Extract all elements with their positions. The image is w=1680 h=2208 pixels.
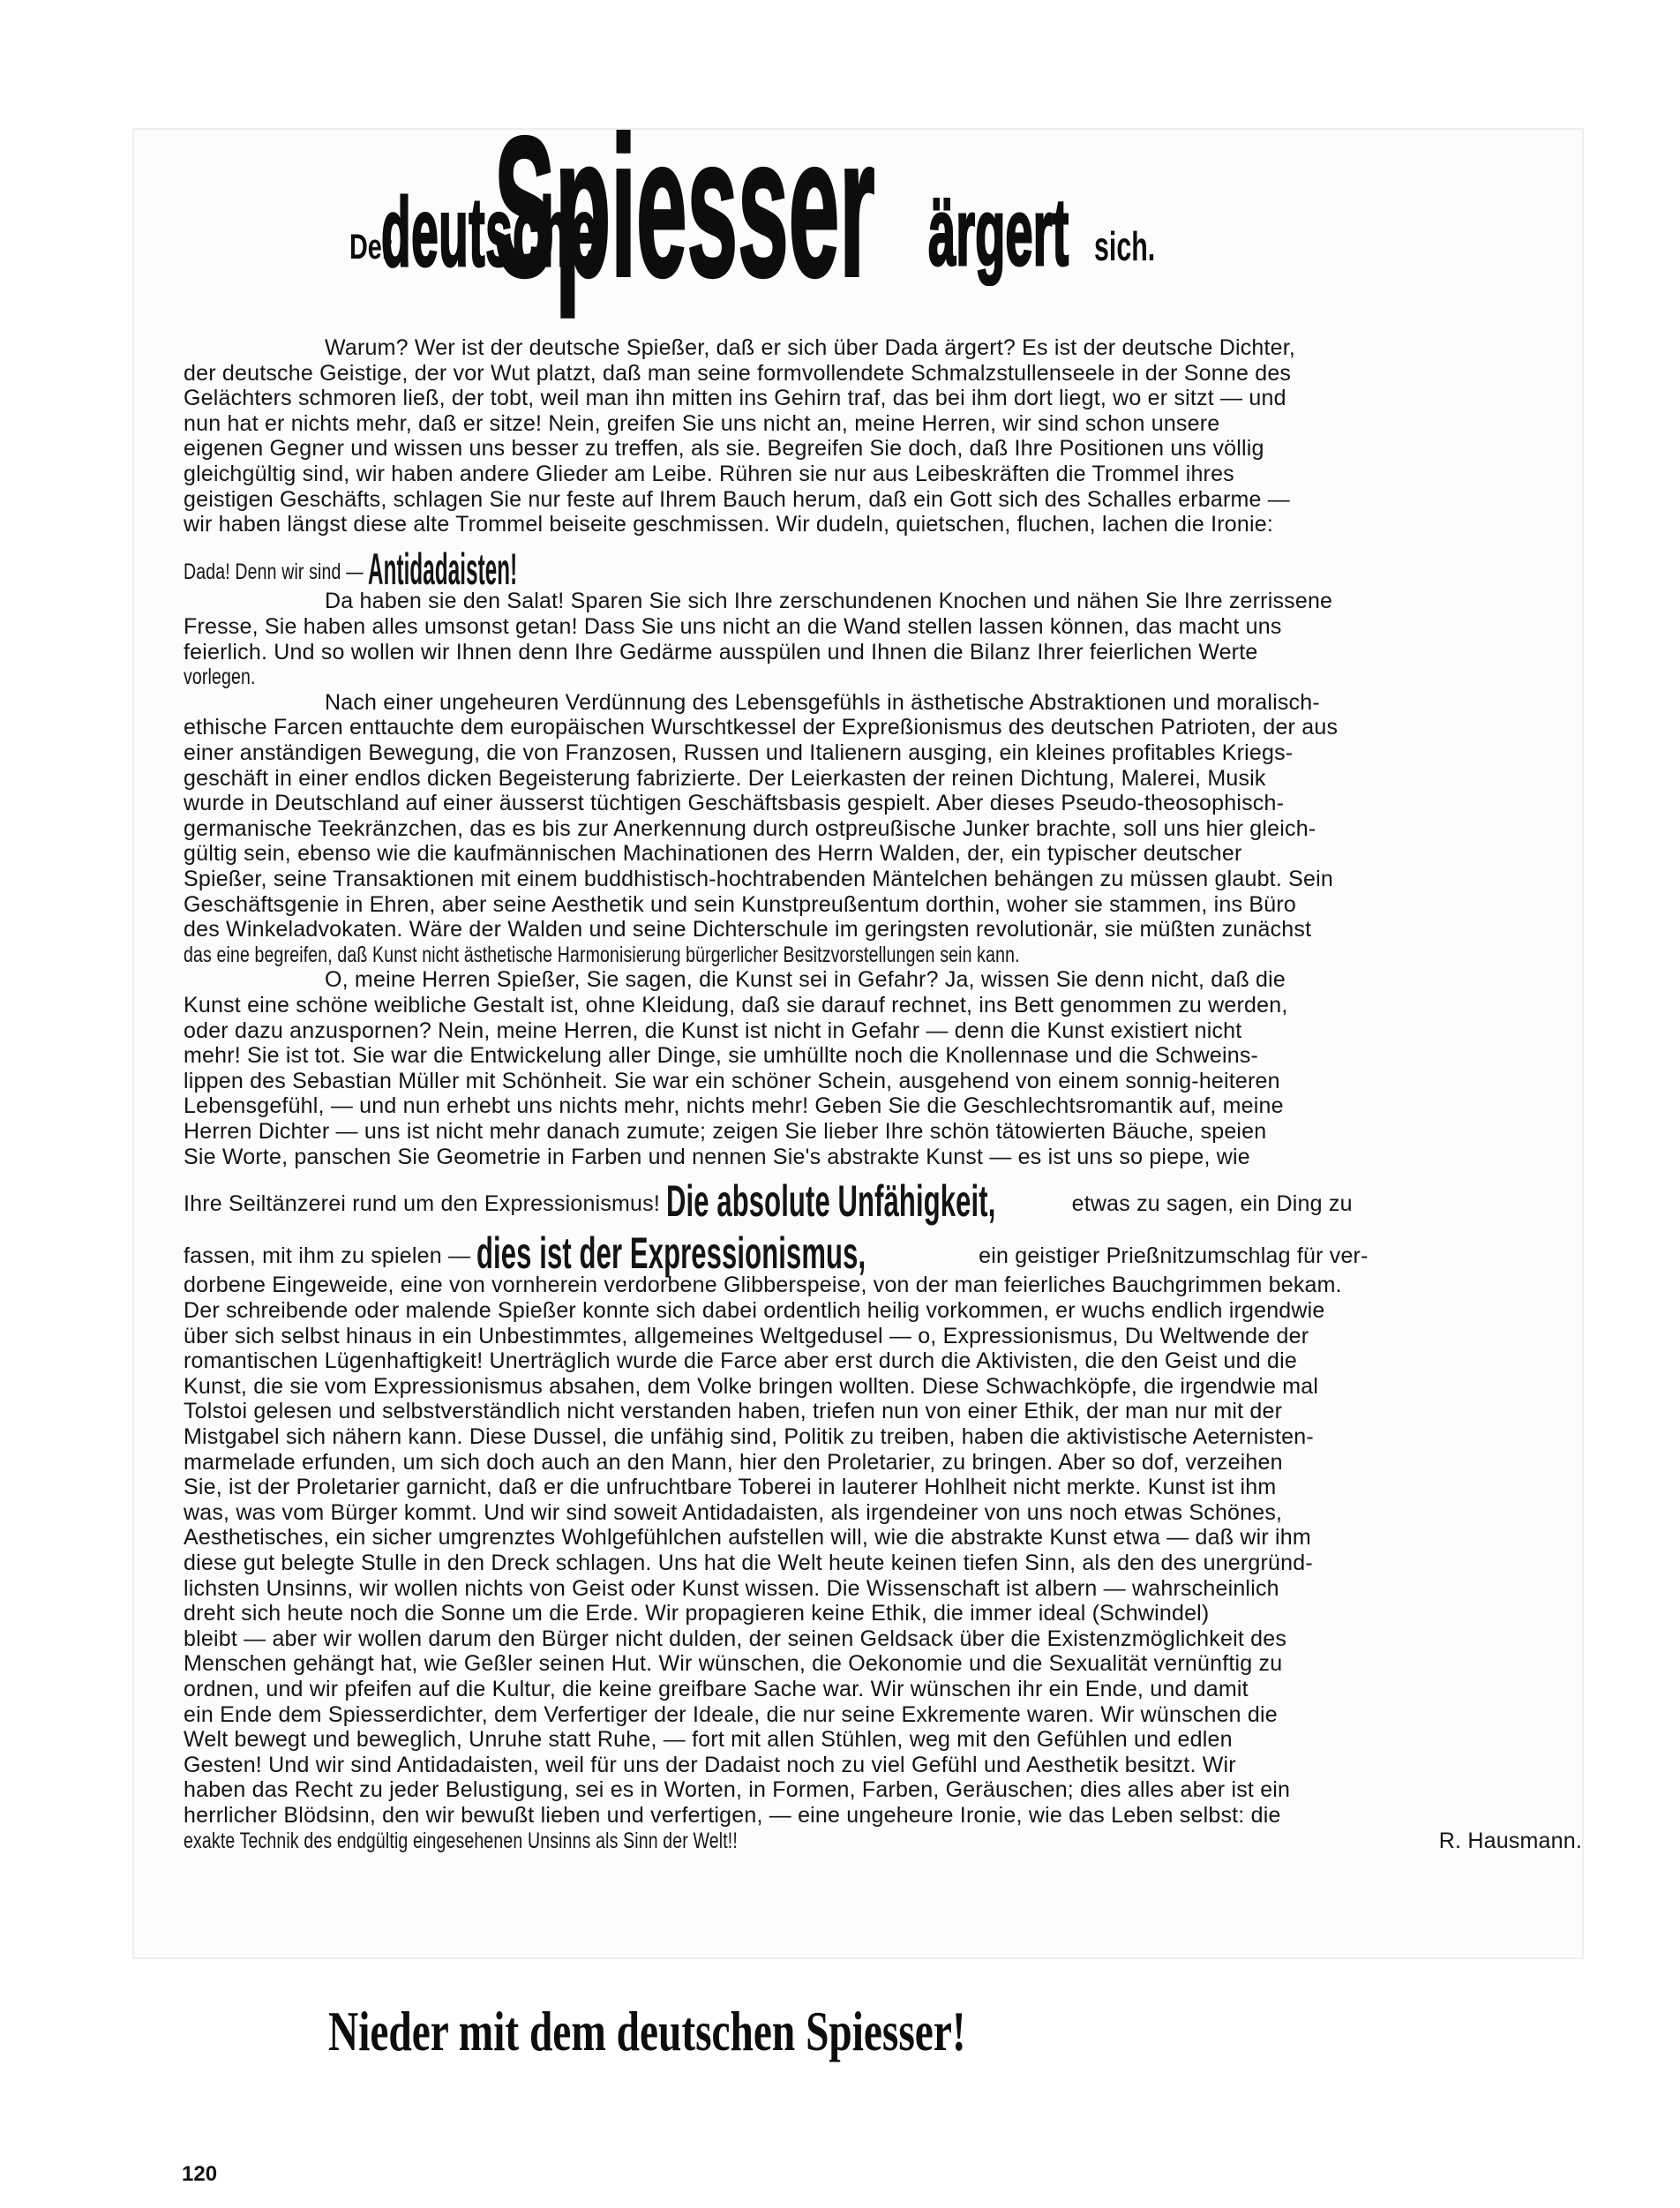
text-line: O, meine Herren Spießer, Sie sagen, die …	[184, 967, 1286, 992]
line-text: Aesthetisches, ein sicher umgrenztes Woh…	[184, 1525, 1311, 1550]
text-line: ordnen, und wir pfeifen auf die Kultur, …	[184, 1677, 1249, 1701]
line-text: feierlich. Und so wollen wir Ihnen denn …	[184, 640, 1257, 665]
line-text: Dada! Denn wir sind —	[184, 560, 368, 584]
text-line: Menschen gehängt hat, wie Geßler seinen …	[184, 1651, 1282, 1676]
text-line: Geschäftsgenie in Ehren, aber seine Aest…	[184, 892, 1296, 917]
line-text: Gelächters schmoren ließ, der tobt, weil…	[184, 386, 1286, 410]
text-line: Tolstoi gelesen und selbstverständlich n…	[184, 1399, 1282, 1423]
line-text: Herren Dichter — uns ist nicht mehr dana…	[184, 1119, 1266, 1144]
text-line: Lebensgefühl, — und nun erhebt uns nicht…	[184, 1093, 1284, 1118]
line-text: geistigen Geschäfts, schlagen Sie nur fe…	[184, 487, 1290, 512]
text-line: eigenen Gegner und wissen uns besser zu …	[184, 436, 1264, 461]
line-text: vorlegen.	[184, 665, 256, 689]
text-line: diese gut belegte Stulle in den Dreck sc…	[184, 1551, 1313, 1575]
text-line: des Winkeladvokaten. Wäre der Walden und…	[184, 917, 1311, 942]
text-line: wir haben längst diese alte Trommel beis…	[184, 512, 1273, 537]
text-line: gleichgültig sind, wir haben andere Glie…	[184, 462, 1234, 486]
text-line: Fresse, Sie haben alles umsonst getan! D…	[184, 614, 1282, 639]
text-line: über sich selbst hinaus in ein Unbestimm…	[184, 1324, 1309, 1348]
text-line: ein Ende dem Spiesserdichter, dem Verfer…	[184, 1702, 1278, 1727]
text-line: haben das Recht zu jeder Belustigung, se…	[184, 1777, 1290, 1802]
text-line: ethische Farcen enttauchte dem europäisc…	[184, 715, 1338, 740]
page-title: Der deutsche Spiesser ärgert sich.	[0, 0, 1680, 318]
display-phrase: Antidadaisten!	[368, 557, 517, 582]
text-line: feierlich. Und so wollen wir Ihnen denn …	[184, 640, 1257, 665]
closing-slogan: Nieder mit dem deutschen Spiesser!	[328, 1999, 966, 2064]
display-line: fassen, mit ihm zu spielen — dies ist de…	[184, 1241, 1369, 1268]
text-line: marmelade erfunden, um sich doch auch an…	[184, 1450, 1283, 1475]
line-text: herrlicher Blödsinn, den wir bewußt lieb…	[184, 1803, 1281, 1828]
text-line: dreht sich heute noch die Sonne um die E…	[184, 1601, 1209, 1626]
line-text: der deutsche Geistige, der vor Wut platz…	[184, 361, 1291, 386]
line-text: O, meine Herren Spießer, Sie sagen, die …	[325, 967, 1286, 992]
text-line: germanische Teekränzchen, das es bis zur…	[184, 816, 1316, 841]
text-line: lippen des Sebastian Müller mit Schönhei…	[184, 1069, 1280, 1093]
line-text: eigenen Gegner und wissen uns besser zu …	[184, 436, 1264, 461]
line-text: diese gut belegte Stulle in den Dreck sc…	[184, 1551, 1313, 1575]
line-text: Geschäftsgenie in Ehren, aber seine Aest…	[184, 892, 1296, 917]
line-text: wurde in Deutschland auf einer äusserst …	[184, 791, 1284, 815]
line-text: über sich selbst hinaus in ein Unbestimm…	[184, 1324, 1309, 1348]
line-text: fassen, mit ihm zu spielen —	[184, 1243, 476, 1268]
display-line: Dada! Denn wir sind — Antidadaisten!	[184, 557, 554, 584]
text-line: herrlicher Blödsinn, den wir bewußt lieb…	[184, 1803, 1281, 1828]
text-line: gültig sein, ebenso wie die kaufmännisch…	[184, 841, 1242, 866]
line-text: Nach einer ungeheuren Verdünnung des Leb…	[325, 690, 1320, 715]
line-text: Der schreibende oder malende Spießer kon…	[184, 1298, 1325, 1323]
line-text: Mistgabel sich nähern kann. Diese Dussel…	[184, 1424, 1314, 1449]
line-text: ordnen, und wir pfeifen auf die Kultur, …	[184, 1677, 1249, 1701]
text-line: Kunst, die sie vom Expressionismus absah…	[184, 1374, 1318, 1399]
line-text: ethische Farcen enttauchte dem europäisc…	[184, 715, 1338, 740]
line-text: Fresse, Sie haben alles umsonst getan! D…	[184, 614, 1282, 639]
line-text: Ihre Seiltänzerei rund um den Expression…	[184, 1191, 666, 1216]
text-line: exakte Technik des endgültig eingesehene…	[184, 1829, 1582, 1853]
text-line: Welt bewegt und beweglich, Unruhe statt …	[184, 1727, 1233, 1752]
title-word-sich: sich.	[1094, 222, 1155, 270]
text-line: Gelächters schmoren ließ, der tobt, weil…	[184, 386, 1286, 410]
title-word-aergert: ärgert	[928, 176, 1069, 287]
line-text: romantischen Lügenhaftigkeit! Unerträgli…	[184, 1348, 1297, 1373]
line-text: Gesten! Und wir sind Antidadaisten, weil…	[184, 1753, 1236, 1777]
text-line: wurde in Deutschland auf einer äusserst …	[184, 791, 1284, 815]
text-line: Der schreibende oder malende Spießer kon…	[184, 1298, 1325, 1323]
text-line: Da haben sie den Salat! Sparen Sie sich …	[184, 589, 1332, 613]
author-signature: R. Hausmann.	[1439, 1829, 1582, 1853]
line-text: des Winkeladvokaten. Wäre der Walden und…	[184, 917, 1311, 942]
line-text: marmelade erfunden, um sich doch auch an…	[184, 1450, 1283, 1475]
line-text: germanische Teekränzchen, das es bis zur…	[184, 816, 1316, 841]
text-line: der deutsche Geistige, der vor Wut platz…	[184, 361, 1291, 386]
line-text: Kunst, die sie vom Expressionismus absah…	[184, 1374, 1318, 1399]
line-text: nun hat er nichts mehr, daß er sitze! Ne…	[184, 411, 1219, 436]
text-line: Gesten! Und wir sind Antidadaisten, weil…	[184, 1753, 1236, 1777]
line-text: Lebensgefühl, — und nun erhebt uns nicht…	[184, 1093, 1284, 1118]
line-text: wir haben längst diese alte Trommel beis…	[184, 512, 1273, 537]
line-text: gleichgültig sind, wir haben andere Glie…	[184, 462, 1234, 486]
line-text: gültig sein, ebenso wie die kaufmännisch…	[184, 841, 1242, 866]
text-line: geistigen Geschäfts, schlagen Sie nur fe…	[184, 487, 1290, 512]
display-phrase: Die absolute Unfähigkeit,	[666, 1189, 995, 1213]
line-text: Sie, ist der Proletarier garnicht, daß e…	[184, 1475, 1276, 1499]
text-line: Sie, ist der Proletarier garnicht, daß e…	[184, 1475, 1276, 1499]
line-text: Spießer, seine Transaktionen mit einem b…	[184, 867, 1333, 891]
text-line: einer anständigen Bewegung, die von Fran…	[184, 740, 1293, 765]
text-line: oder dazu anzuspornen? Nein, meine Herre…	[184, 1018, 1241, 1043]
line-text: lichsten Unsinns, wir wollen nichts von …	[184, 1576, 1279, 1601]
line-text: Warum? Wer ist der deutsche Spießer, daß…	[325, 335, 1295, 360]
page-number: 120	[182, 2162, 217, 2187]
display-line: Ihre Seiltänzerei rund um den Expression…	[184, 1189, 1353, 1216]
display-phrase: dies ist der Expressionismus,	[476, 1241, 866, 1265]
line-text: haben das Recht zu jeder Belustigung, se…	[184, 1777, 1290, 1802]
text-line: Nach einer ungeheuren Verdünnung des Leb…	[184, 690, 1320, 715]
text-line: was, was vom Bürger kommt. Und wir sind …	[184, 1500, 1282, 1525]
line-text: etwas zu sagen, ein Ding zu	[1065, 1191, 1352, 1216]
line-text: Welt bewegt und beweglich, Unruhe statt …	[184, 1727, 1233, 1752]
line-text: ein Ende dem Spiesserdichter, dem Verfer…	[184, 1702, 1278, 1727]
text-line: mehr! Sie ist tot. Sie war die Entwickel…	[184, 1043, 1258, 1068]
line-text: Sie Worte, panschen Sie Geometrie in Far…	[184, 1145, 1250, 1169]
line-text: ein geistiger Prießnitzumschlag für ver-	[972, 1243, 1369, 1268]
line-text: Menschen gehängt hat, wie Geßler seinen …	[184, 1651, 1282, 1676]
text-line: romantischen Lügenhaftigkeit! Unerträgli…	[184, 1348, 1297, 1373]
line-text: Tolstoi gelesen und selbstverständlich n…	[184, 1399, 1282, 1423]
text-line: Spießer, seine Transaktionen mit einem b…	[184, 867, 1333, 891]
text-line: das eine begreifen, daß Kunst nicht ästh…	[184, 943, 1020, 967]
line-text: lippen des Sebastian Müller mit Schönhei…	[184, 1069, 1280, 1093]
line-text: dorbene Eingeweide, eine von vornherein …	[184, 1273, 1342, 1297]
text-line: Warum? Wer ist der deutsche Spießer, daß…	[184, 335, 1295, 360]
text-line: Herren Dichter — uns ist nicht mehr dana…	[184, 1119, 1266, 1144]
text-line: dorbene Eingeweide, eine von vornherein …	[184, 1273, 1342, 1297]
text-line: geschäft in einer endlos dicken Begeiste…	[184, 766, 1266, 791]
text-line: lichsten Unsinns, wir wollen nichts von …	[184, 1576, 1279, 1601]
line-text: Da haben sie den Salat! Sparen Sie sich …	[325, 589, 1332, 613]
line-text: Kunst eine schöne weibliche Gestalt ist,…	[184, 993, 1287, 1018]
text-line: Mistgabel sich nähern kann. Diese Dussel…	[184, 1424, 1314, 1449]
line-text: exakte Technik des endgültig eingesehene…	[184, 1829, 738, 1853]
text-line: bleibt — aber wir wollen darum den Bürge…	[184, 1626, 1286, 1651]
text-line: Aesthetisches, ein sicher umgrenztes Woh…	[184, 1525, 1311, 1550]
text-line: Sie Worte, panschen Sie Geometrie in Far…	[184, 1145, 1250, 1169]
line-text: dreht sich heute noch die Sonne um die E…	[184, 1601, 1209, 1626]
line-text: was, was vom Bürger kommt. Und wir sind …	[184, 1500, 1282, 1525]
line-text: oder dazu anzuspornen? Nein, meine Herre…	[184, 1018, 1241, 1043]
line-text: bleibt — aber wir wollen darum den Bürge…	[184, 1626, 1286, 1651]
text-line: nun hat er nichts mehr, daß er sitze! Ne…	[184, 411, 1219, 436]
line-text: geschäft in einer endlos dicken Begeiste…	[184, 766, 1266, 791]
line-text: mehr! Sie ist tot. Sie war die Entwickel…	[184, 1043, 1258, 1068]
text-line: vorlegen.	[184, 665, 256, 689]
text-line: Kunst eine schöne weibliche Gestalt ist,…	[184, 993, 1287, 1018]
line-text: einer anständigen Bewegung, die von Fran…	[184, 740, 1293, 765]
line-text: das eine begreifen, daß Kunst nicht ästh…	[184, 943, 1020, 967]
title-word-spiesser: Spiesser	[494, 93, 875, 321]
